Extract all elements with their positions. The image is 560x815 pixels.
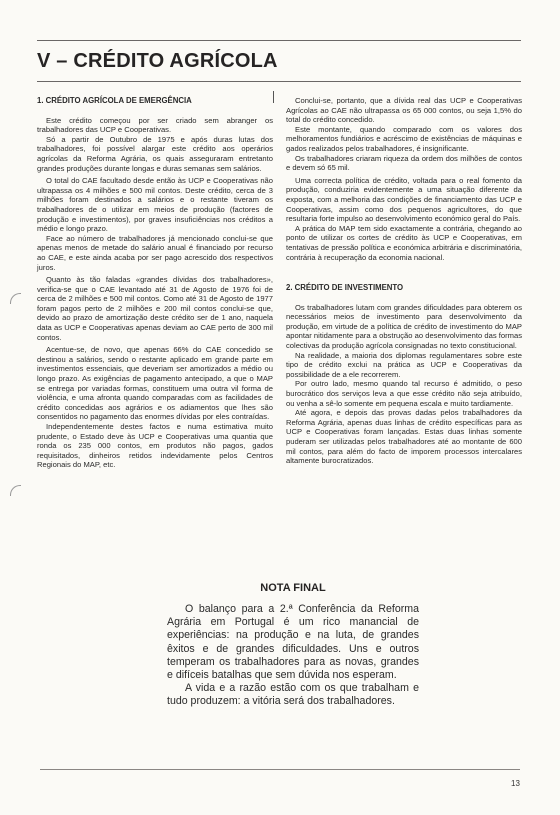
title-rule <box>37 81 521 82</box>
paragraph: Este montante, quando comparado com os v… <box>286 125 522 154</box>
right-column: Conclui-se, portanto, que a dívida real … <box>286 96 522 466</box>
paragraph: O total do CAE facultado desde então às … <box>37 176 273 234</box>
margin-mark <box>10 293 21 304</box>
paragraph: A prática do MAP tem sido exactamente a … <box>286 224 522 262</box>
paragraph: Conclui-se, portanto, que a dívida real … <box>286 96 522 125</box>
bottom-rule <box>40 769 520 770</box>
top-rule <box>37 40 521 41</box>
paragraph: A vida e a razão estão com os que trabal… <box>167 682 419 708</box>
margin-mark <box>10 485 21 496</box>
final-note-heading: NOTA FINAL <box>167 582 419 594</box>
chapter-title: V – CRÉDITO AGRÍCOLA <box>37 50 278 73</box>
page-number: 13 <box>511 779 520 788</box>
section-heading-emergency-credit: 1. CRÉDITO AGRÍCOLA DE EMERGÊNCIA <box>37 96 273 106</box>
paragraph: Até agora, e depois das provas dadas pel… <box>286 408 522 466</box>
paragraph: Uma correcta política de crédito, voltad… <box>286 176 522 224</box>
paragraph: Só a partir de Outubro de 1975 e após du… <box>37 135 273 173</box>
paragraph: O balanço para a 2.ª Conferência da Refo… <box>167 603 419 682</box>
left-column: 1. CRÉDITO AGRÍCOLA DE EMERGÊNCIA Este c… <box>37 96 273 470</box>
paragraph: Independentemente destes factos e numa e… <box>37 422 273 470</box>
paragraph: Quanto às tão faladas «grandes dívidas d… <box>37 275 273 342</box>
paragraph: Os trabalhadores criaram riqueza da orde… <box>286 154 522 173</box>
column-divider <box>273 91 274 103</box>
section-heading-investment-credit: 2. CRÉDITO DE INVESTIMENTO <box>286 283 522 293</box>
final-note: NOTA FINAL O balanço para a 2.ª Conferên… <box>167 582 419 709</box>
paragraph: Na realidade, a maioria dos diplomas reg… <box>286 351 522 380</box>
paragraph: Este crédito começou por ser criado sem … <box>37 116 273 135</box>
paragraph: Por outro lado, mesmo quando tal recurso… <box>286 379 522 408</box>
paragraph: Face ao número de trabalhadores já menci… <box>37 234 273 272</box>
paragraph: Os trabalhadores lutam com grandes dific… <box>286 303 522 351</box>
paragraph: Acentue-se, de novo, que apenas 66% do C… <box>37 345 273 422</box>
